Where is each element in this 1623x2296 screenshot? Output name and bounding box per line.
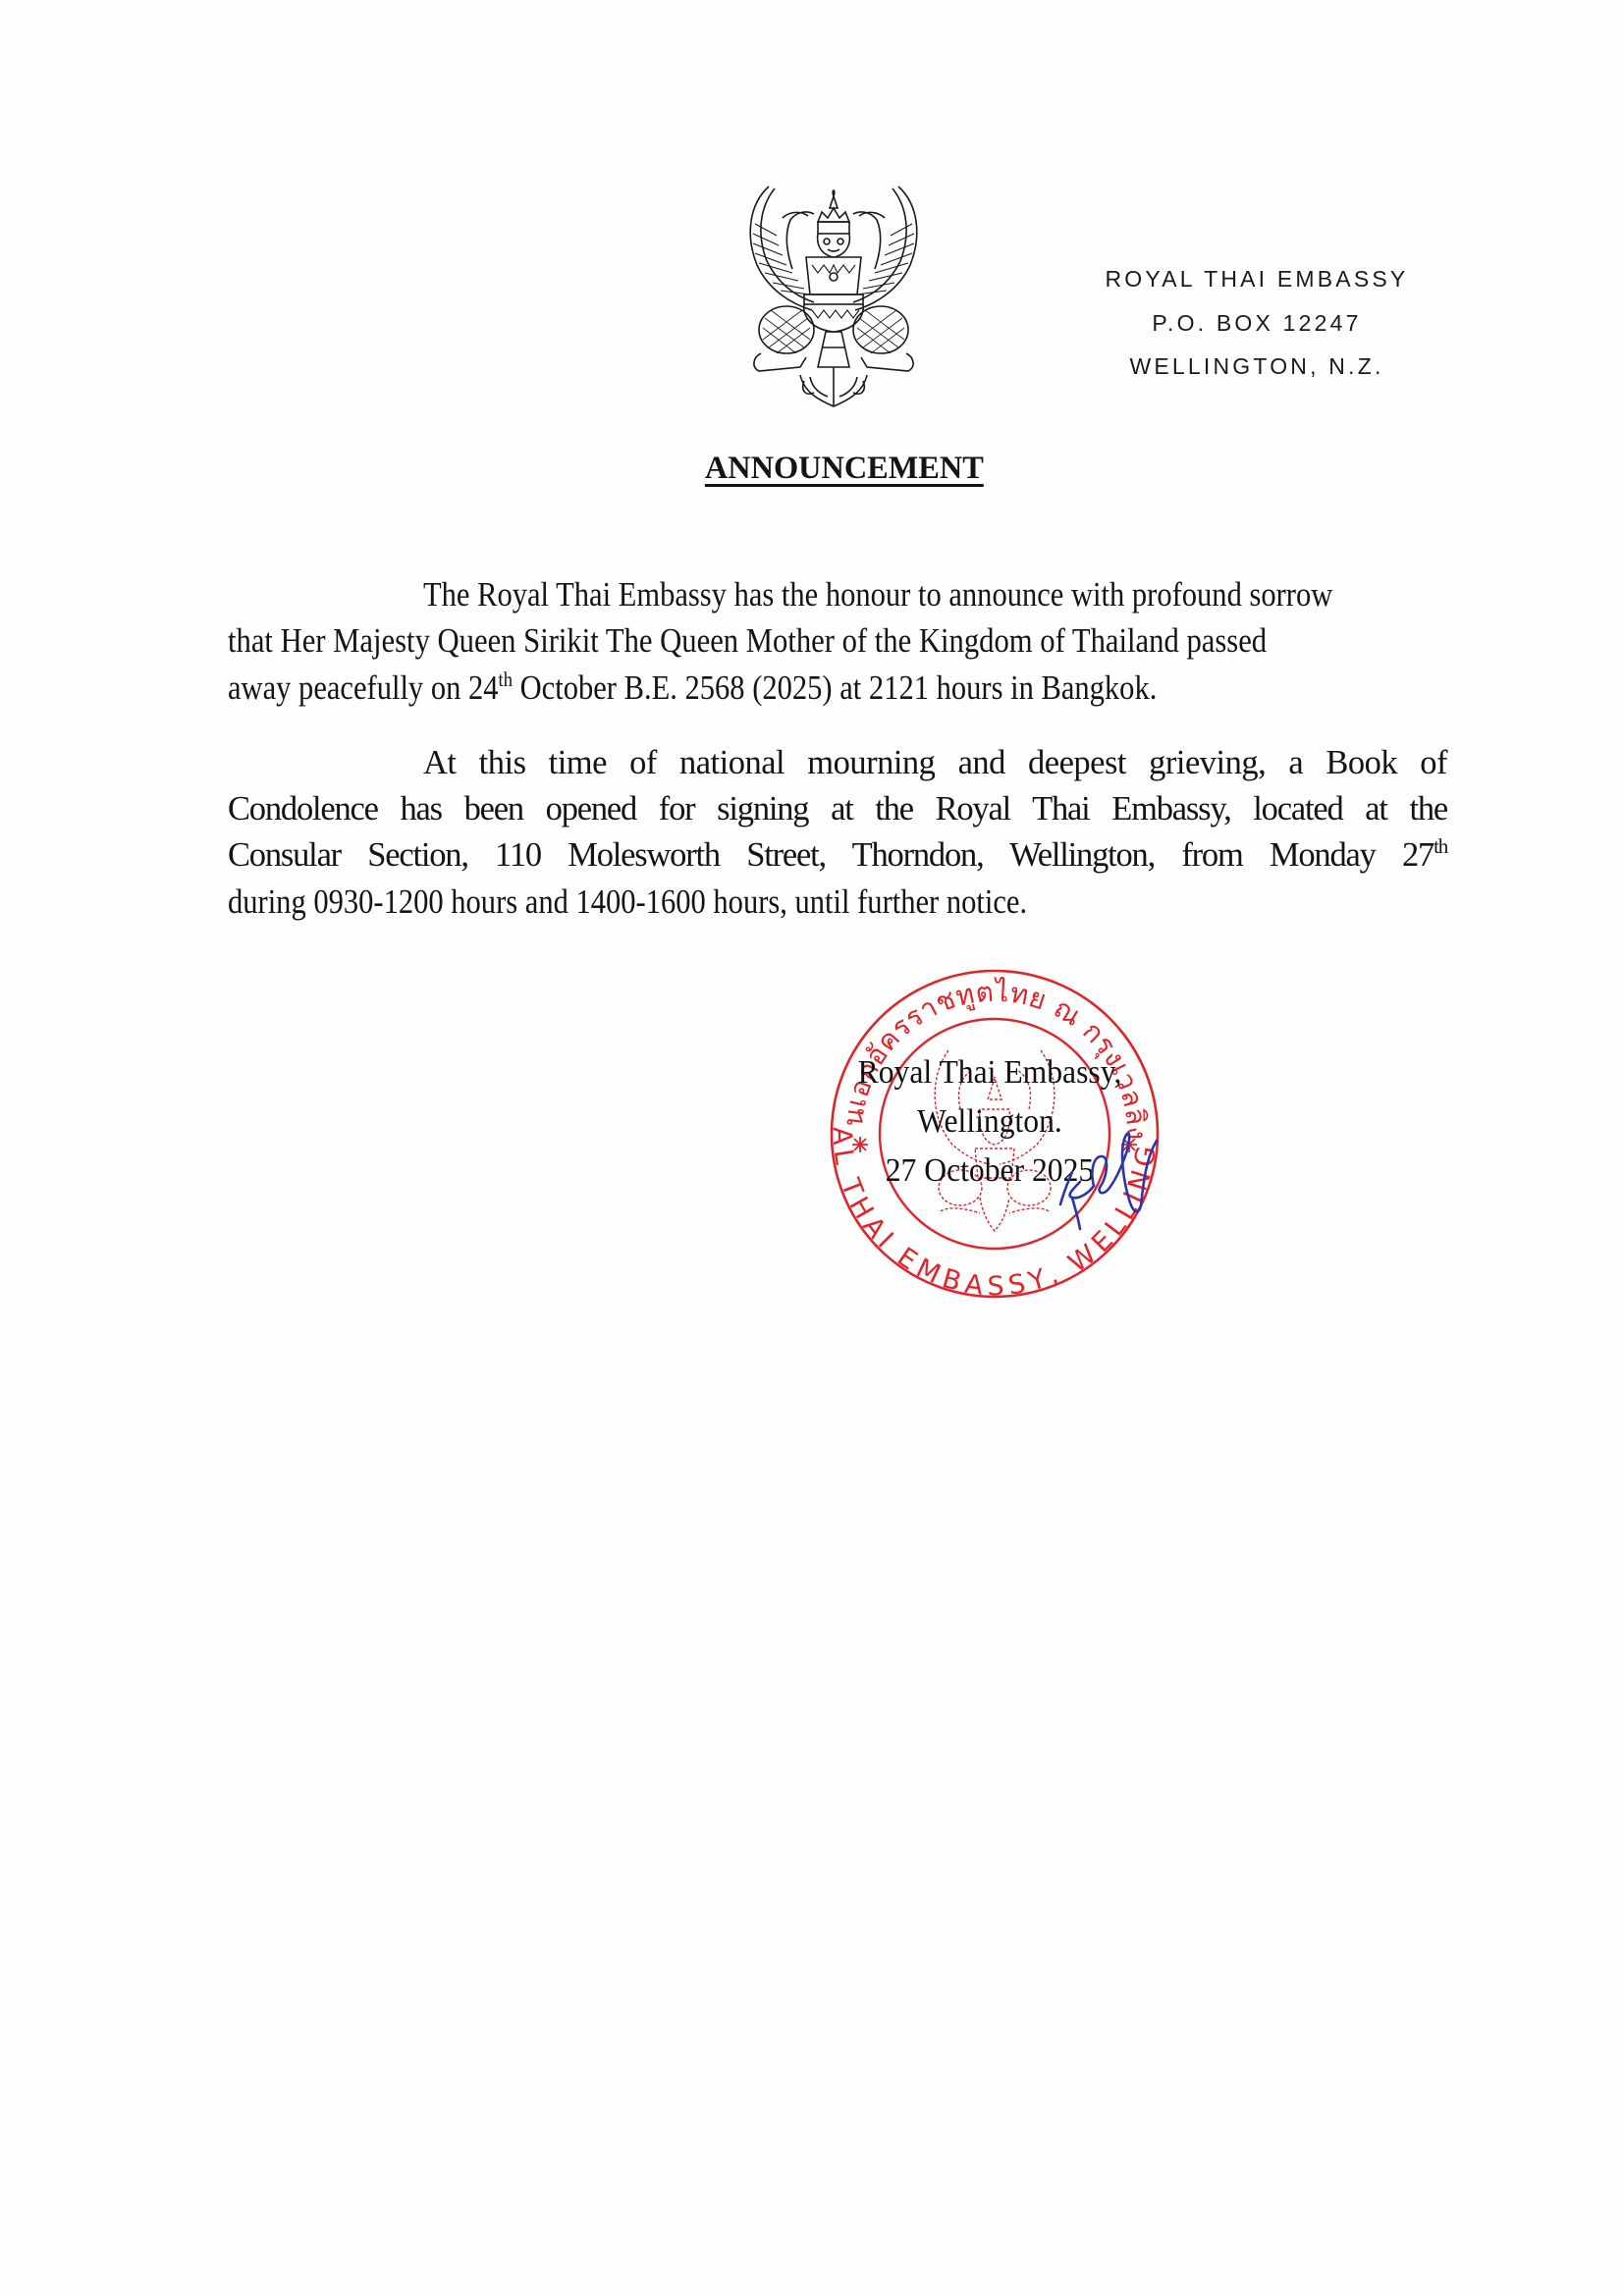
sign-line-embassy: Royal Thai Embassy, (807, 1048, 1172, 1097)
announcement-heading: ANNOUNCEMENT (0, 451, 1623, 487)
text-run: Consular Section, 110 Molesworth Street,… (228, 836, 1434, 874)
paragraph-line: Consular Section, 110 Molesworth Street,… (228, 832, 1447, 879)
paragraph-line: away peacefully on 24th October B.E. 256… (228, 666, 1157, 712)
address-line: P.O. BOX 12247 (1060, 301, 1453, 346)
paragraph-line: The Royal Thai Embassy has the honour to… (423, 572, 1332, 618)
ordinal-suffix: th (1434, 834, 1447, 858)
paragraph-line: Condolence has been opened for signing a… (228, 786, 1447, 832)
paragraph-line: during 0930-1200 hours and 1400-1600 hou… (228, 880, 1027, 926)
text-run: away peacefully on 24 (228, 669, 499, 707)
handwritten-signature-icon (1051, 1092, 1198, 1239)
heading-text: ANNOUNCEMENT (705, 451, 984, 487)
paragraph-line: At this time of national mourning and de… (423, 740, 1447, 786)
text-run: October B.E. 2568 (2025) at 2121 hours i… (513, 669, 1157, 707)
address-line: WELLINGTON, N.Z. (1060, 345, 1453, 389)
address-line: ROYAL THAI EMBASSY (1060, 257, 1453, 301)
document-page: ROYAL THAI EMBASSY P.O. BOX 12247 WELLIN… (0, 0, 1623, 2296)
embassy-address: ROYAL THAI EMBASSY P.O. BOX 12247 WELLIN… (1060, 257, 1453, 389)
garuda-emblem-icon (731, 175, 936, 408)
ordinal-suffix: th (499, 667, 513, 691)
paragraph-line: that Her Majesty Queen Sirikit The Queen… (228, 618, 1267, 665)
